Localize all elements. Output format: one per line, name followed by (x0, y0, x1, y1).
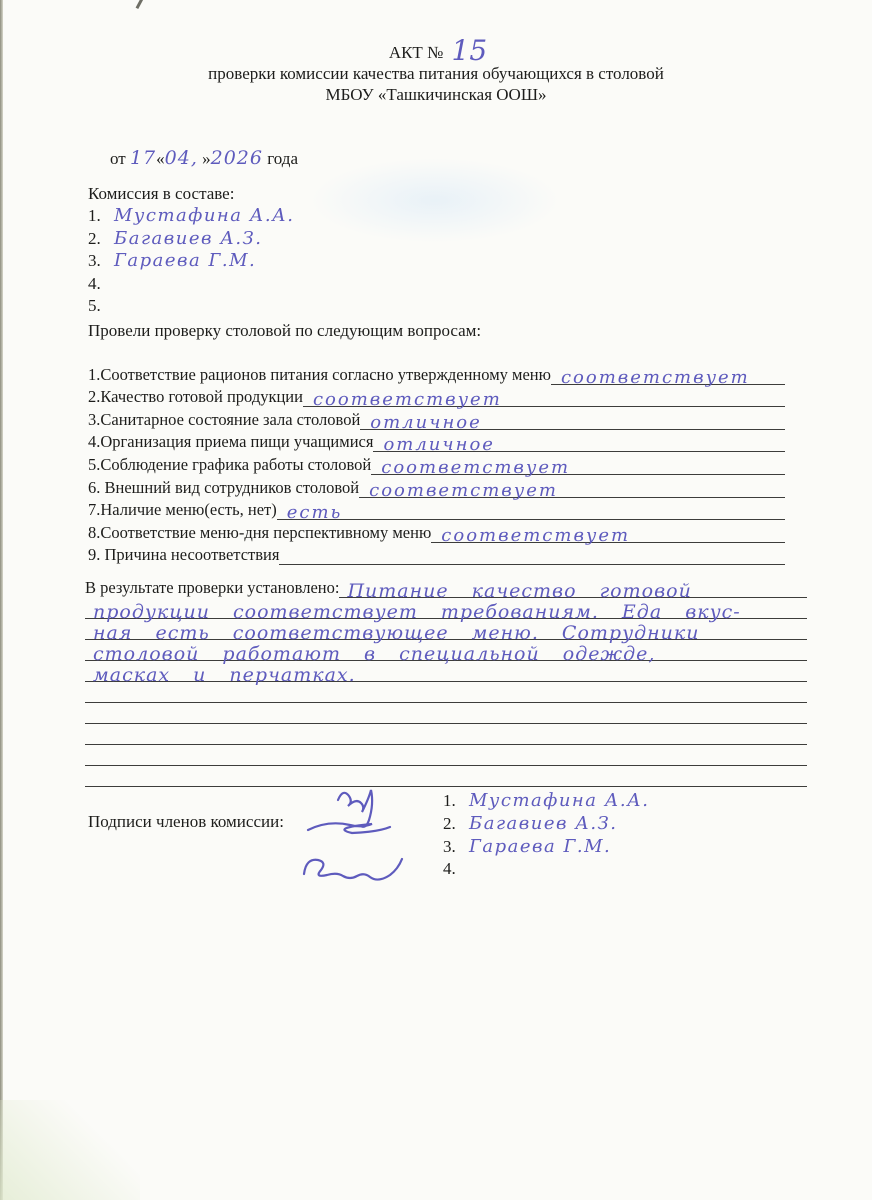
result-line: ная есть соответствующее меню. Сотрудник… (85, 619, 807, 640)
answer-underline: соответствует (371, 451, 785, 475)
question-row: 8.Соответствие меню-дня перспективному м… (88, 520, 785, 543)
member-number: 3. (443, 836, 469, 859)
member-name-handwritten: Гараева Г.М. (114, 250, 256, 272)
close-quote: » (202, 149, 211, 168)
answer-underline: соответствует (551, 361, 785, 385)
member-number: 5. (88, 295, 114, 317)
signature-name-row: 3. Гараева Г.М. (443, 836, 649, 859)
question-label: 1.Соответствие рационов питания согласно… (88, 365, 551, 385)
result-line: столовой работают в специальной одежде, (85, 640, 807, 661)
commission-heading: Комиссия в составе: (88, 183, 294, 205)
member-number: 2. (443, 813, 469, 836)
title-line-1: АКТ № 15 (0, 42, 872, 63)
question-row: 6. Внешний вид сотрудников столовой соот… (88, 475, 785, 498)
question-label: 2.Качество готовой продукции (88, 387, 303, 407)
member-number: 1. (443, 790, 469, 813)
signature-name-handwritten: Мустафина А.А. (469, 790, 649, 813)
commission-member-row: 1. Мустафина А.А. (88, 205, 294, 227)
open-quote: « (156, 149, 165, 168)
question-row: 2.Качество готовой продукции соответству… (88, 385, 785, 408)
act-number-handwritten: 15 (452, 34, 488, 67)
signatures-label: Подписи членов комиссии: (88, 812, 284, 832)
date-prefix: от (110, 149, 126, 168)
result-underline: Питание качество готовой (339, 578, 807, 598)
answer-underline: есть (277, 497, 785, 521)
member-number: 3. (88, 250, 114, 272)
date-line: от 17«04, »2026 года (110, 147, 298, 169)
act-number-prefix: АКТ № (389, 43, 443, 62)
result-line-empty (85, 745, 807, 766)
question-label: 3.Санитарное состояние зала столовой (88, 410, 360, 430)
signature-names-list: 1. Мустафина А.А. 2. Багавиев А.З. 3. Га… (443, 790, 649, 881)
signature-scribble-1 (338, 790, 372, 827)
question-row: 4.Организация приема пищи учащимися отли… (88, 430, 785, 453)
signature-name-row: 4. (443, 858, 649, 881)
answer-underline: отличное (360, 406, 785, 430)
member-number: 4. (443, 858, 469, 881)
results-first-row: В результате проверки установлено: Питан… (85, 578, 807, 598)
date-year-handwritten: 2026 (211, 147, 263, 169)
result-line: масках и перчатках. (85, 661, 807, 682)
signature-name-row: 2. Багавиев А.З. (443, 813, 649, 836)
scanned-document-page: АКТ № 15 проверки комиссии качества пита… (0, 0, 872, 1200)
question-row: 3.Санитарное состояние зала столовой отл… (88, 407, 785, 430)
member-number: 4. (88, 273, 114, 295)
title-line-2: проверки комиссии качества питания обуча… (0, 63, 872, 84)
signature-name-handwritten: Багавиев А.З. (469, 813, 618, 836)
question-label: 6. Внешний вид сотрудников столовой (88, 478, 359, 498)
question-row: 7.Наличие меню(есть, нет) есть (88, 498, 785, 521)
signature-name-handwritten: Гараева Г.М. (469, 836, 611, 859)
question-row: 9. Причина несоответствия (88, 543, 785, 566)
scan-mark-artifact (136, 0, 144, 9)
question-label: 9. Причина несоответствия (88, 545, 279, 565)
answer-underline: соответствует (359, 474, 785, 498)
member-name-handwritten: Мустафина А.А. (114, 205, 294, 227)
answer-handwritten: есть (287, 502, 343, 523)
answer-underline: соответствует (303, 384, 785, 408)
signature-scribbles (290, 778, 450, 883)
question-label: 7.Наличие меню(есть, нет) (88, 500, 277, 520)
answer-underline: отличное (373, 429, 785, 453)
member-name-handwritten: Багавиев А.З. (114, 228, 263, 250)
date-suffix: года (267, 149, 298, 168)
question-label: 4.Организация приема пищи учащимися (88, 432, 373, 452)
question-label: 8.Соответствие меню-дня перспективному м… (88, 523, 431, 543)
signature-scribble-3 (304, 859, 402, 880)
answer-underline: соответствует (431, 519, 785, 543)
result-line-empty (85, 703, 807, 724)
question-row: 5.Соблюдение графика работы столовой соо… (88, 452, 785, 475)
date-month-handwritten: 04, (165, 147, 198, 169)
document-title-block: АКТ № 15 проверки комиссии качества пита… (0, 42, 872, 105)
commission-member-row: 4. (88, 273, 294, 295)
commission-member-row: 5. (88, 295, 294, 317)
member-number: 1. (88, 205, 114, 227)
member-number: 2. (88, 228, 114, 250)
results-block: В результате проверки установлено: Питан… (85, 578, 807, 787)
results-label: В результате проверки установлено: (85, 578, 339, 598)
scan-smudge-artifact (310, 158, 560, 243)
date-day-handwritten: 17 (130, 147, 156, 169)
result-line-empty (85, 724, 807, 745)
scan-tint-artifact (0, 1100, 140, 1200)
commission-member-row: 2. Багавиев А.З. (88, 228, 294, 250)
result-line: продукции соответствует требованиям. Еда… (85, 598, 807, 619)
question-row: 1.Соответствие рационов питания согласно… (88, 362, 785, 385)
scan-edge-artifact (0, 0, 3, 1200)
intro-sentence: Провели проверку столовой по следующим в… (88, 321, 481, 341)
signature-scribble-2 (308, 823, 390, 833)
question-label: 5.Соблюдение графика работы столовой (88, 455, 371, 475)
result-line-empty (85, 682, 807, 703)
commission-member-row: 3. Гараева Г.М. (88, 250, 294, 272)
title-line-3: МБОУ «Ташкичинская ООШ» (0, 84, 872, 105)
questions-block: 1.Соответствие рационов питания согласно… (88, 362, 785, 565)
commission-block: Комиссия в составе: 1. Мустафина А.А. 2.… (88, 183, 294, 317)
signature-name-row: 1. Мустафина А.А. (443, 790, 649, 813)
answer-underline (279, 542, 785, 566)
